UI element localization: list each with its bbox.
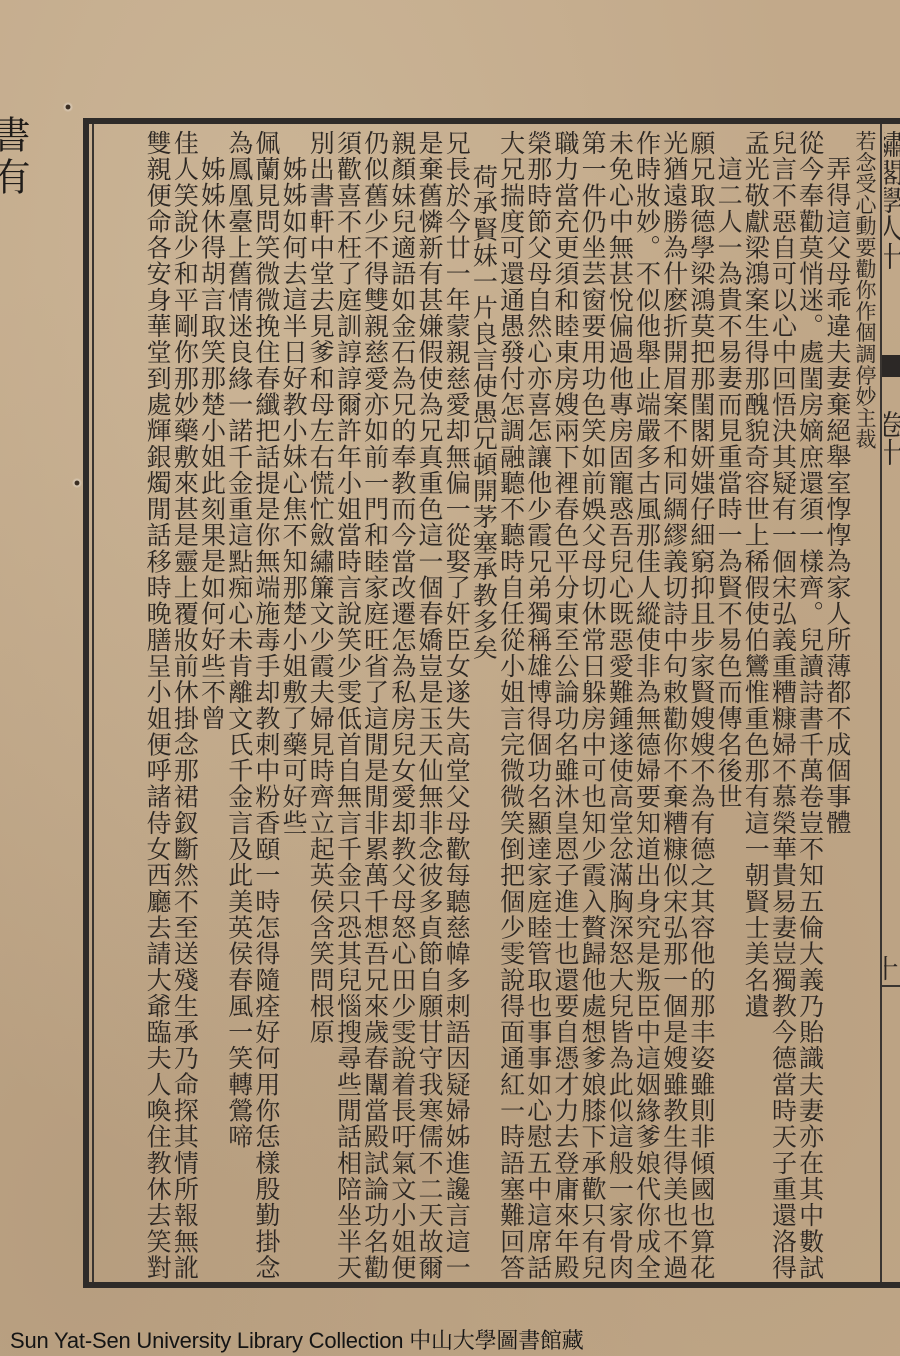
text-column: 為鳳凰臺上舊情迷良緣一諾千金重這點痴心未肯離文氏千金言及此美英侯春風一笑轉鶯啼 xyxy=(226,130,253,1280)
text-column: 兒言不惡自可以心中回悟決其疑有一個宋弘義重糟糠婦不慕榮華貴易妻豈獨教今德當時天子… xyxy=(769,130,796,1280)
text-column: 願兄取德學梁鴻莫把那閨閣妍媸仔細窮抑且步家賢嫂嫂不為有德之其容他的那丰姿雖則非傾… xyxy=(688,130,715,1280)
text-column: 親顏妹兒適語如金石為兄的奉教而今當改遷怎為私房兒女愛却教父母怒心田少雯說着長吁氣… xyxy=(389,130,416,1280)
fish-tail-mark-icon xyxy=(882,355,900,377)
fore-edge-book-title: 繡閣學人十 xyxy=(884,130,900,350)
fore-edge-page-number: 十 xyxy=(884,955,900,985)
text-column: 佩蘭見問笑微微挽住春纖把話提是你無端施毒手却教刺中粉香頤一時怎得隨痊好何用你恁樣… xyxy=(253,130,280,1280)
text-column: 光猶遠勝為什麽折開眉案不和同綢繆義切詩中句敕勸你不棄糟糠似宋弘那一個是嫂雖教生得… xyxy=(661,130,688,1280)
text-column: 弄得這父母乖違夫妻棄絕舉室惸惸為家人所薄都不成個事體 xyxy=(824,130,851,1306)
text-column: 須歡喜不枉了庭訓諄諄爾許年小姐當時言說笑少雯低首自無言千金只恐其兒惱搜尋些閒話相… xyxy=(334,130,361,1280)
text-column: 這二人一為貴不易妻而見重當時一為賢不易色而傳名後世 xyxy=(715,130,742,1306)
fold-tick-mark xyxy=(882,985,900,987)
text-column: 第一件仍坐芸窗要用功色笑如前娛父母切休常日躲房中可也知少霞入贅歸他處想爹娘膝下承… xyxy=(579,130,606,1280)
text-column: 姊姊如何去這半日好教小妹心焦不知那楚小姐敷了藥可好些 xyxy=(280,130,307,1306)
page-border-inner-line xyxy=(92,124,94,1282)
text-column: 仍似舊少不得雙親慈愛亦如前一門和睦家庭旺省了這閒是閒非累萬千想吾兄來歲春闈當殿試… xyxy=(361,130,388,1280)
text-column: 是棄舊憐新有甚嫌假使為兄真重色這一個春嬌豈是玉天仙無非念彼多貞節自願甘守我寒儒不… xyxy=(416,130,443,1280)
text-column: 職力當充更須和睦東房嫂兩下裡春色平分東至公論功名雖沐皇恩子進士也還要自憑才力去登… xyxy=(552,130,579,1280)
text-column: 大兄揣度可還通愚發付怎調融聽不聽時自任從小姐言完微微笑倒把個少雯說得面通紅一時語… xyxy=(497,130,524,1280)
text-column: 佳人笑說少和平剛你那妙藥敷來甚是靈上覆妝前休掛念那裙釵斷然不至送殘生承乃命探其情… xyxy=(171,130,198,1280)
previous-page-text: 書有 xyxy=(0,115,28,199)
text-column: 姊姊休得胡言取笑那楚小姐此刻果是如何好些不曾 xyxy=(198,130,225,1306)
library-watermark: Sun Yat-Sen University Library Collectio… xyxy=(10,1324,584,1355)
main-text-block: 若念受心動要勸你作個調停妙主裁 弄得這父母乖違夫妻棄絕舉室惸惸為家人所薄都不成個… xyxy=(96,130,878,1280)
binding-hole-icon xyxy=(72,478,82,488)
text-column: 孟光敬獻梁鴻案生得那醜貌奇容世上稀假使伯鸞惟重色那有這一朝賢士美名遺 xyxy=(742,130,769,1280)
binding-hole-icon xyxy=(63,102,73,112)
fore-edge-volume-mark: 卷十 xyxy=(884,410,900,500)
text-column: 兄長於今廿一年蒙親慈愛却無偏一從娶了奸臣女遂失高堂父母歡每聽慈幃多刺語因疑婦姊進… xyxy=(443,130,470,1280)
center-fold-line xyxy=(880,124,882,1282)
text-column: 未免心中無甚悅偏過他專房固寵惑吾兒心既惡愛難鍾遂使高堂忿滿胸深怒大兒皆為此似這般… xyxy=(606,130,633,1280)
text-column: 若念受心動要勸你作個調停妙主裁 xyxy=(851,130,878,1280)
text-column: 荷承賢妹一片良言使愚兄頓開茅塞承教多矣 xyxy=(470,130,497,1314)
text-column: 雙親便命各安身華堂到處輝銀燭閒話移時晚膳呈小姐便呼諸侍女西廳去請大爺臨夫人喚住教… xyxy=(144,130,171,1280)
previous-page-fragment: 書有 xyxy=(0,115,40,275)
text-column: 從今奉勸莫悄迷。處閨房嫡庶還須一樣齊。兒讀詩書千萬卷豈不知五倫大義乃貽識夫妻亦在… xyxy=(796,130,823,1280)
text-column: 別出書軒中堂去見爹和母左右慌忙斂繡簾文少霞夫婦見時齊立起英侯含笑問根原 xyxy=(307,130,334,1280)
text-column: 作時妝妙。不似他舉止端嚴多古風那佳人縱使非為無德婦要知道出身究是叛臣中這姻緣爹娘… xyxy=(633,130,660,1280)
text-column: 榮那時節父母自然心亦喜怎讓他少霞兄弟獨稱雄博得個功名顯達家庭睦管取也事事如心慰五… xyxy=(525,130,552,1280)
